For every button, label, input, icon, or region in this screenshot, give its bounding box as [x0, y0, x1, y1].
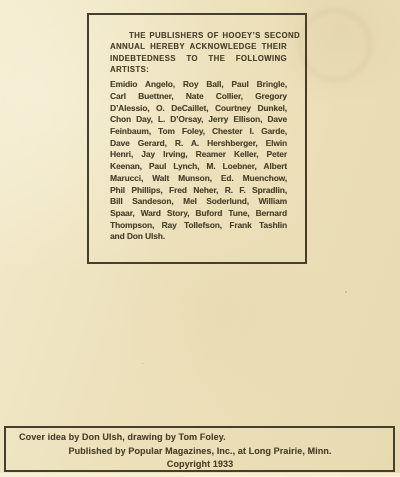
- acknowledgment-box: THE PUBLISHERS OF HOOEY’S SECONDANNUAL H…: [87, 13, 307, 264]
- cover-credit-line: Cover idea by Don Ulsh, drawing by Tom F…: [19, 431, 381, 445]
- heading-line: INDEBTEDNESS TO THE FOLLOWING: [110, 53, 287, 64]
- colophon-box: Cover idea by Don Ulsh, drawing by Tom F…: [4, 426, 395, 472]
- artist-line: and Don Ulsh.: [110, 231, 287, 243]
- artist-line: Marucci, Walt Munson, Ed. Muenchow,: [110, 173, 287, 185]
- artist-line: Feinbaum, Tom Foley, Chester I. Garde,: [110, 126, 287, 138]
- artist-line: Spaar, Ward Story, Buford Tune, Bernard: [110, 208, 287, 220]
- copyright-line: Copyright 1933: [19, 458, 381, 472]
- artist-line: Bill Sandeson, Mel Soderlund, William: [110, 196, 287, 208]
- artist-line: Henri, Jay Irving, Reamer Keller, Peter: [110, 149, 287, 161]
- artist-list: Emidio Angelo, Roy Ball, Paul Bringle,Ca…: [110, 79, 287, 243]
- heading-line: THE PUBLISHERS OF HOOEY’S SECOND: [110, 30, 287, 41]
- scanned-page: THE PUBLISHERS OF HOOEY’S SECONDANNUAL H…: [0, 0, 400, 477]
- paper-speck: [345, 291, 347, 293]
- artist-line: Dave Gerard, R. A. Hershberger, Elwin: [110, 138, 287, 150]
- paper-stain-ring: [298, 8, 372, 82]
- artist-line: Chon Day, L. D’Orsay, Jerry Ellison, Dav…: [110, 114, 287, 126]
- artist-line: Phil Phillips, Fred Neher, R. F. Spradli…: [110, 185, 287, 197]
- artist-line: D’Alessio, O. DeCaillet, Courtney Dunkel…: [110, 103, 287, 115]
- artist-line: Emidio Angelo, Roy Ball, Paul Bringle,: [110, 79, 287, 91]
- paper-speck: [142, 363, 144, 364]
- artist-line: Keenan, Paul Lynch, M. Loebner, Albert: [110, 161, 287, 173]
- artist-line: Thompson, Ray Tollefson, Frank Tashlin: [110, 220, 287, 232]
- heading-line: ANNUAL HEREBY ACKNOWLEDGE THEIR: [110, 41, 287, 52]
- artist-line: Carl Buettner, Nate Collier, Gregory: [110, 91, 287, 103]
- heading-line: ARTISTS:: [110, 64, 287, 75]
- publisher-line: Published by Popular Magazines, Inc., at…: [19, 445, 381, 459]
- acknowledgment-heading: THE PUBLISHERS OF HOOEY’S SECONDANNUAL H…: [110, 30, 287, 75]
